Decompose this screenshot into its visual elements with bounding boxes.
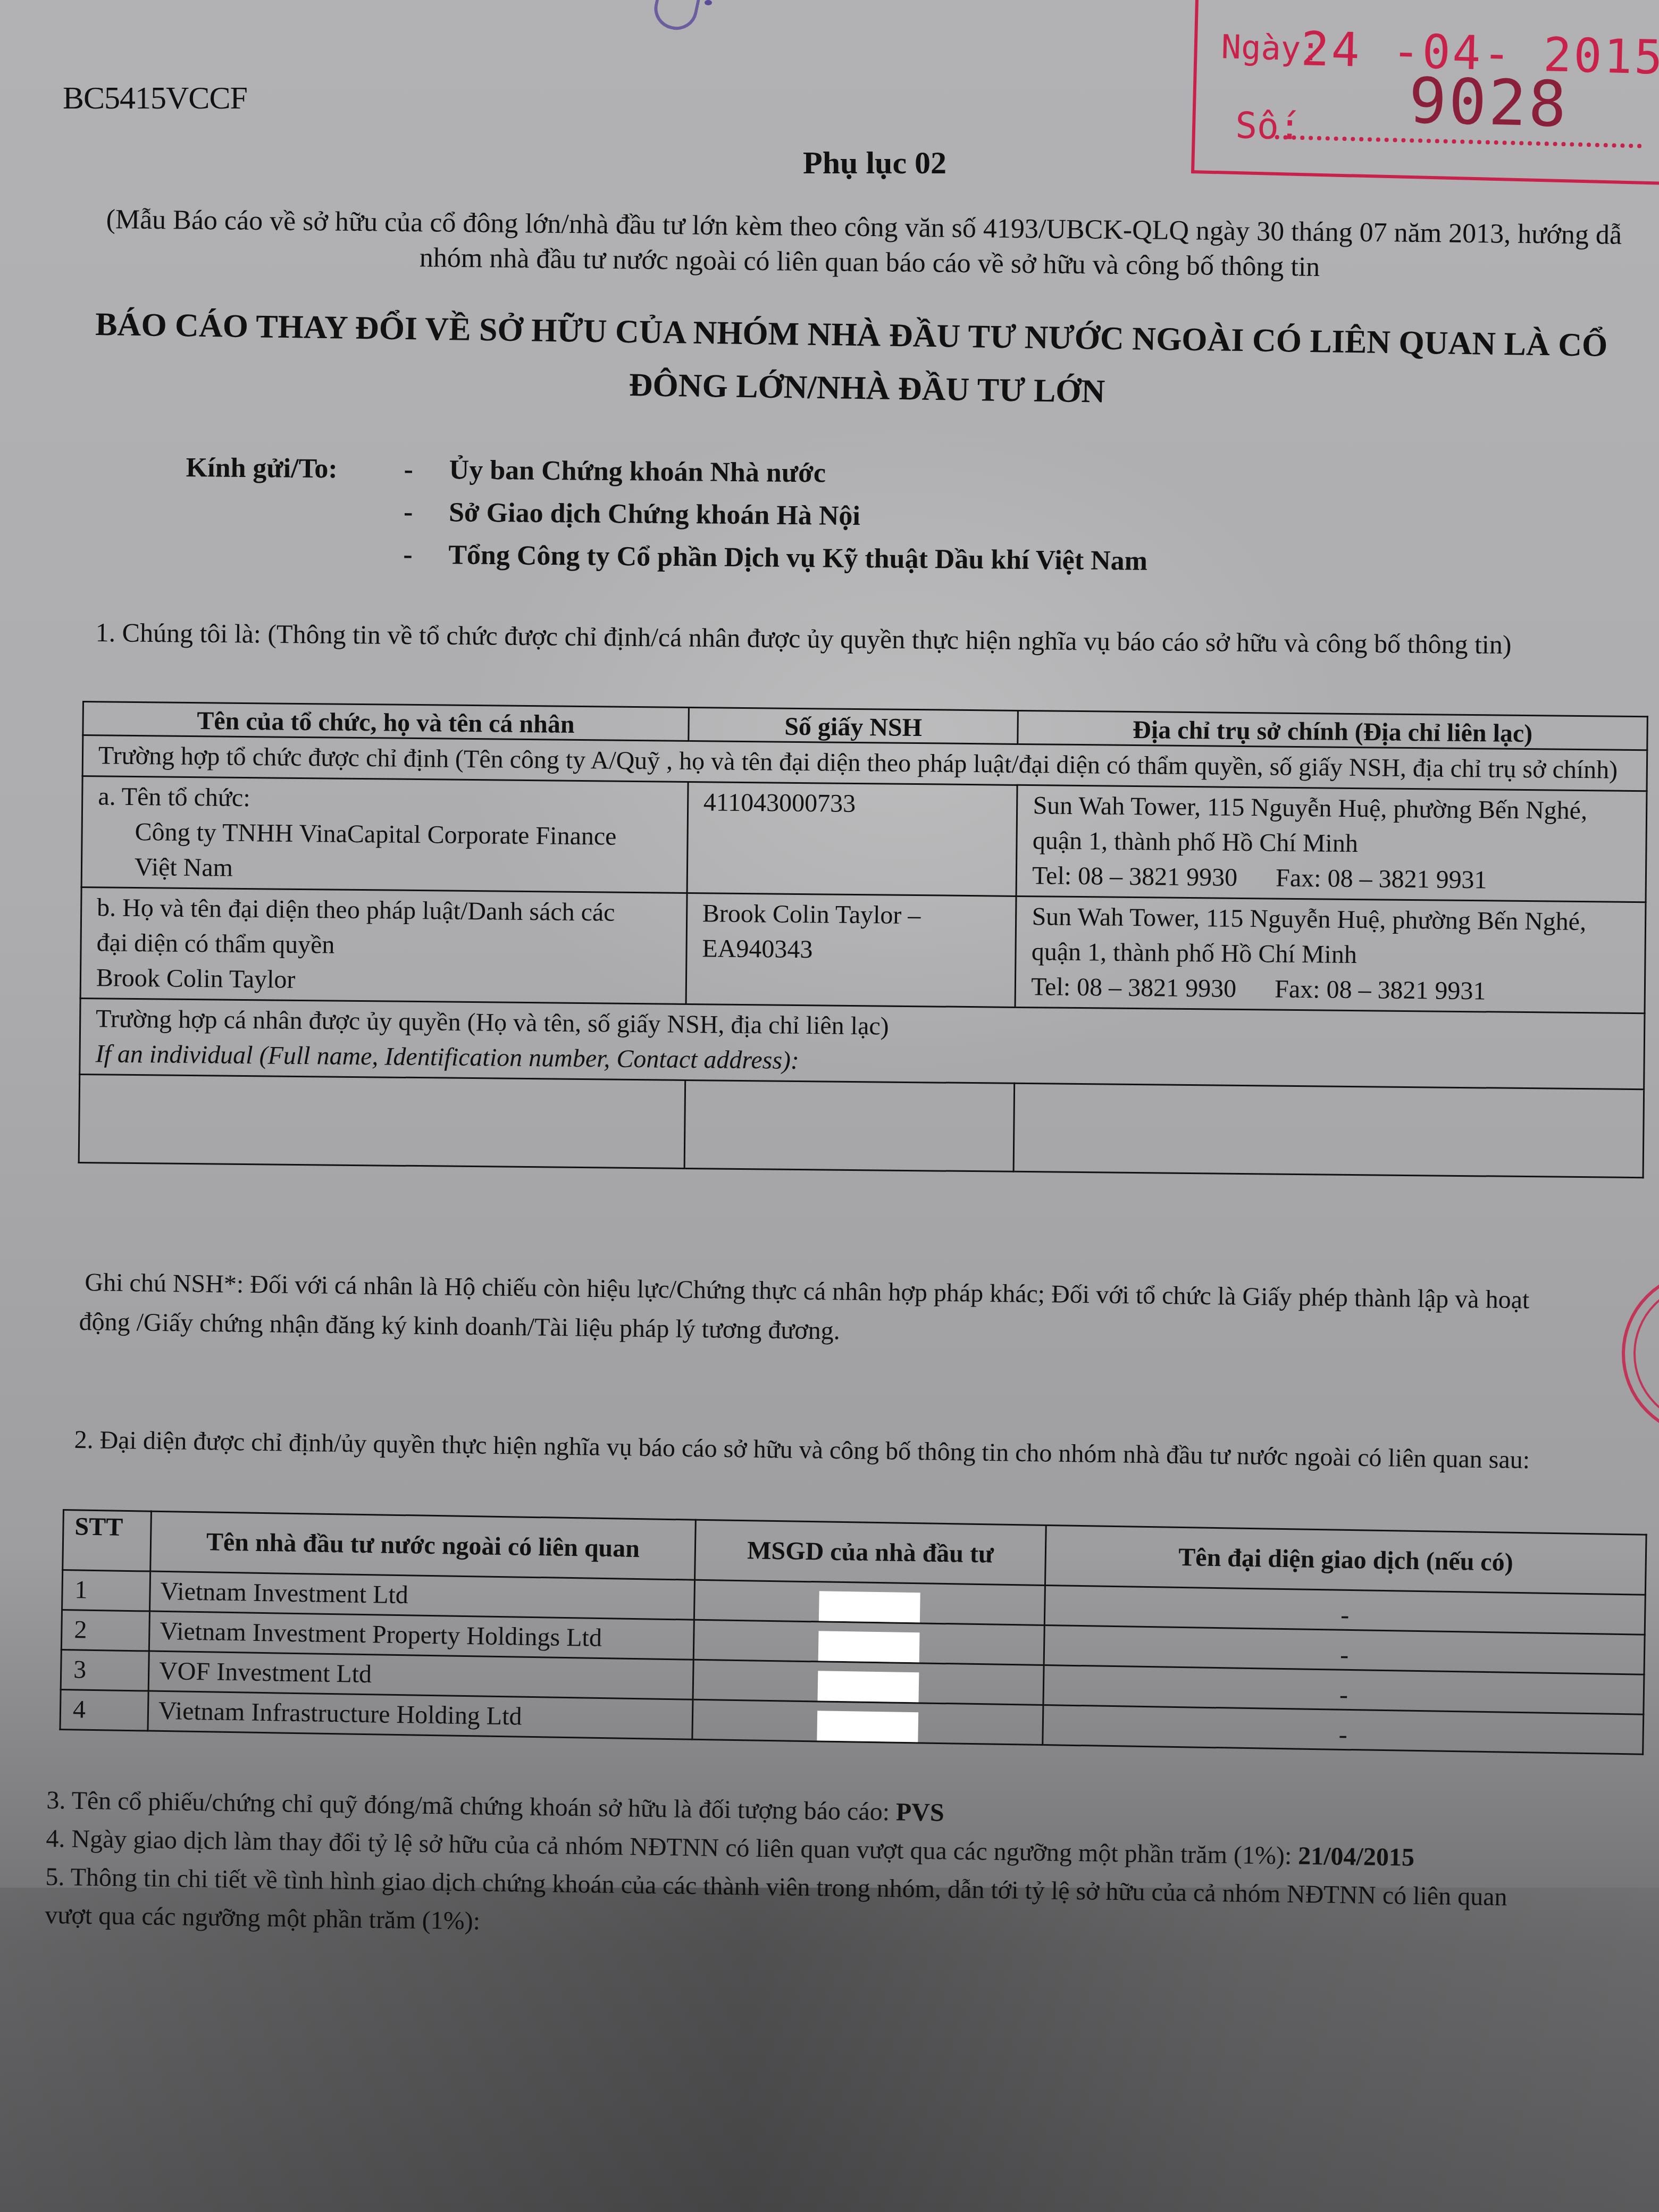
column-header: Tên nhà đầu tư nước ngoài có liên quan [150,1511,696,1580]
recipient-item: -Sở Giao dịch Chứng khoán Hà Nội [404,497,860,532]
fax-value: Fax: 08 – 3821 9931 [1276,864,1487,894]
annex-title: Phụ lục 02 [803,145,946,181]
redacted-block [817,1711,918,1742]
org-label: a. Tên tổ chức: [98,779,672,819]
column-header: STT [63,1510,152,1572]
org-address-cell: Sun Wah Tower, 115 Nguyễn Huệ, phường Bế… [1016,785,1647,902]
tel-value: Tel: 08 – 3821 9930 [1031,973,1236,1003]
document-code: BC5415VCCF [63,80,247,116]
stamp-so-label: Số: [1235,105,1301,148]
pen-dot-mark [705,0,712,5]
redacted-block [818,1671,919,1702]
row-number: 2 [61,1610,149,1652]
empty-cell [684,1080,1015,1171]
address-line2: quận 1, thành phố Hồ Chí Minh [1033,823,1631,864]
photo-shadow [0,1888,1659,2212]
column-header: Số giấy NSH [689,707,1018,744]
rep-label-line1: b. Họ và tên đại diện theo pháp luật/Dan… [97,890,671,931]
annex-subtitle: (Mẫu Báo cáo về sở hữu của cổ đông lớn/n… [106,202,1659,289]
msgd-cell [693,1620,1045,1665]
recipient-name: Ủy ban Chứng khoán Nhà nước [449,455,826,488]
contact-line: Tel: 08 – 3821 9930 Fax: 08 – 3821 9931 [1032,858,1630,899]
rep-address-cell: Sun Wah Tower, 115 Nguyễn Huệ, phường Bế… [1015,896,1646,1013]
rep-nsh-line2: EA940343 [702,931,1000,969]
section-3-text: 3. Tên cổ phiếu/chứng chỉ quỹ đóng/mã ch… [46,1786,896,1826]
recipient-name: Tổng Công ty Cổ phần Dịch vụ Kỹ thuật Dầ… [448,540,1147,576]
table-row: a. Tên tổ chức: Công ty TNHH VinaCapital… [81,776,1647,902]
stamp-number: 9028 [1408,64,1569,141]
msgd-cell [692,1699,1044,1745]
section-1-heading: 1. Chúng tôi là: (Thông tin về tổ chức đ… [95,617,1511,660]
org-nsh-cell: 411043000733 [687,782,1018,896]
dash-bullet-icon: - [403,539,449,571]
rep-name-cell: b. Họ và tên đại diện theo pháp luật/Dan… [80,887,687,1004]
address-line1: Sun Wah Tower, 115 Nguyễn Huệ, phường Bế… [1033,788,1631,829]
column-header: Địa chỉ trụ sở chính (Địa chỉ liên lạc) [1018,710,1647,750]
column-header: MSGD của nhà đầu tư [695,1520,1046,1585]
empty-cell [79,1074,685,1168]
org-name-line2: Việt Nam [97,849,672,890]
address-line1: Sun Wah Tower, 115 Nguyễn Huệ, phường Bế… [1032,899,1630,940]
org-name-line1: Công ty TNHH VinaCapital Corporate Finan… [97,814,672,854]
rep-nsh-line1: Brook Colin Taylor – [702,896,1001,934]
fax-value: Fax: 08 – 3821 9931 [1275,975,1486,1006]
individual-case-note: Trường hợp cá nhân được ủy quyền (Họ và … [80,998,1645,1089]
rep-nsh-cell: Brook Colin Taylor – EA940343 [686,893,1017,1007]
org-name-cell: a. Tên tổ chức: Công ty TNHH VinaCapital… [81,776,688,893]
received-stamp: Ngày: 24 -04- 2015 9028 Số: [1191,0,1659,185]
table-row: b. Họ và tên đại diện theo pháp luật/Dan… [80,887,1646,1013]
pen-signature-mark [650,0,701,34]
recipients-label: Kính gửi/To: [186,452,338,484]
msgd-cell [694,1580,1045,1625]
row-number: 3 [61,1649,149,1691]
table-row: Trường hợp cá nhân được ủy quyền (Họ và … [80,998,1645,1089]
rep-label-line2: đại diện có thẩm quyền [96,925,671,966]
table-row-empty [79,1074,1644,1177]
security-code: PVS [896,1798,944,1826]
recipient-item: -Ủy ban Chứng khoán Nhà nước [404,454,826,489]
transaction-date: 21/04/2015 [1298,1842,1414,1872]
investor-group-table: STT Tên nhà đầu tư nước ngoài có liên qu… [59,1509,1647,1755]
dash-bullet-icon: - [404,454,449,486]
empty-cell [1013,1083,1644,1177]
address-line2: quận 1, thành phố Hồ Chí Minh [1032,934,1630,975]
page-title-line2: ĐÔNG LỚN/NHÀ ĐẦU TƯ LỚN [94,351,1658,426]
row-number: 4 [60,1689,148,1731]
msgd-cell [693,1660,1044,1705]
nsh-footnote-line2: động /Giấy chứng nhận đăng ký kinh doanh… [79,1308,840,1345]
investor-name: Vietnam Infrastructure Holding Ltd [148,1691,693,1739]
dash-bullet-icon: - [404,497,449,529]
recipient-name: Sở Giao dịch Chứng khoán Hà Nội [449,497,860,531]
tel-value: Tel: 08 – 3821 9930 [1032,861,1237,892]
nsh-footnote: Ghi chú NSH*: Đối với cá nhân là Hộ chiế… [79,1263,1659,1361]
redacted-block [819,1591,920,1622]
document-page: BC5415VCCF Ngày: 24 -04- 2015 9028 Số: P… [0,0,1659,2212]
page-title: BÁO CÁO THAY ĐỔI VỀ SỞ HỮU CỦA NHÓM NHÀ … [94,298,1659,426]
reporter-info-table: Tên của tổ chức, họ và tên cá nhân Số gi… [78,701,1648,1178]
contact-line: Tel: 08 – 3821 9930 Fax: 08 – 3821 9931 [1031,969,1629,1010]
recipient-item: -Tổng Công ty Cổ phần Dịch vụ Kỹ thuật D… [403,539,1147,577]
column-header: Tên đại diện giao dịch (nếu có) [1045,1526,1646,1595]
section-2-heading: 2. Đại diện được chỉ định/ủy quyền thực … [74,1425,1530,1474]
row-number: 1 [62,1570,150,1612]
rep-name: Brook Colin Taylor [96,960,671,1001]
column-header: Tên của tổ chức, họ và tên cá nhân [83,702,689,741]
redacted-block [818,1631,920,1662]
